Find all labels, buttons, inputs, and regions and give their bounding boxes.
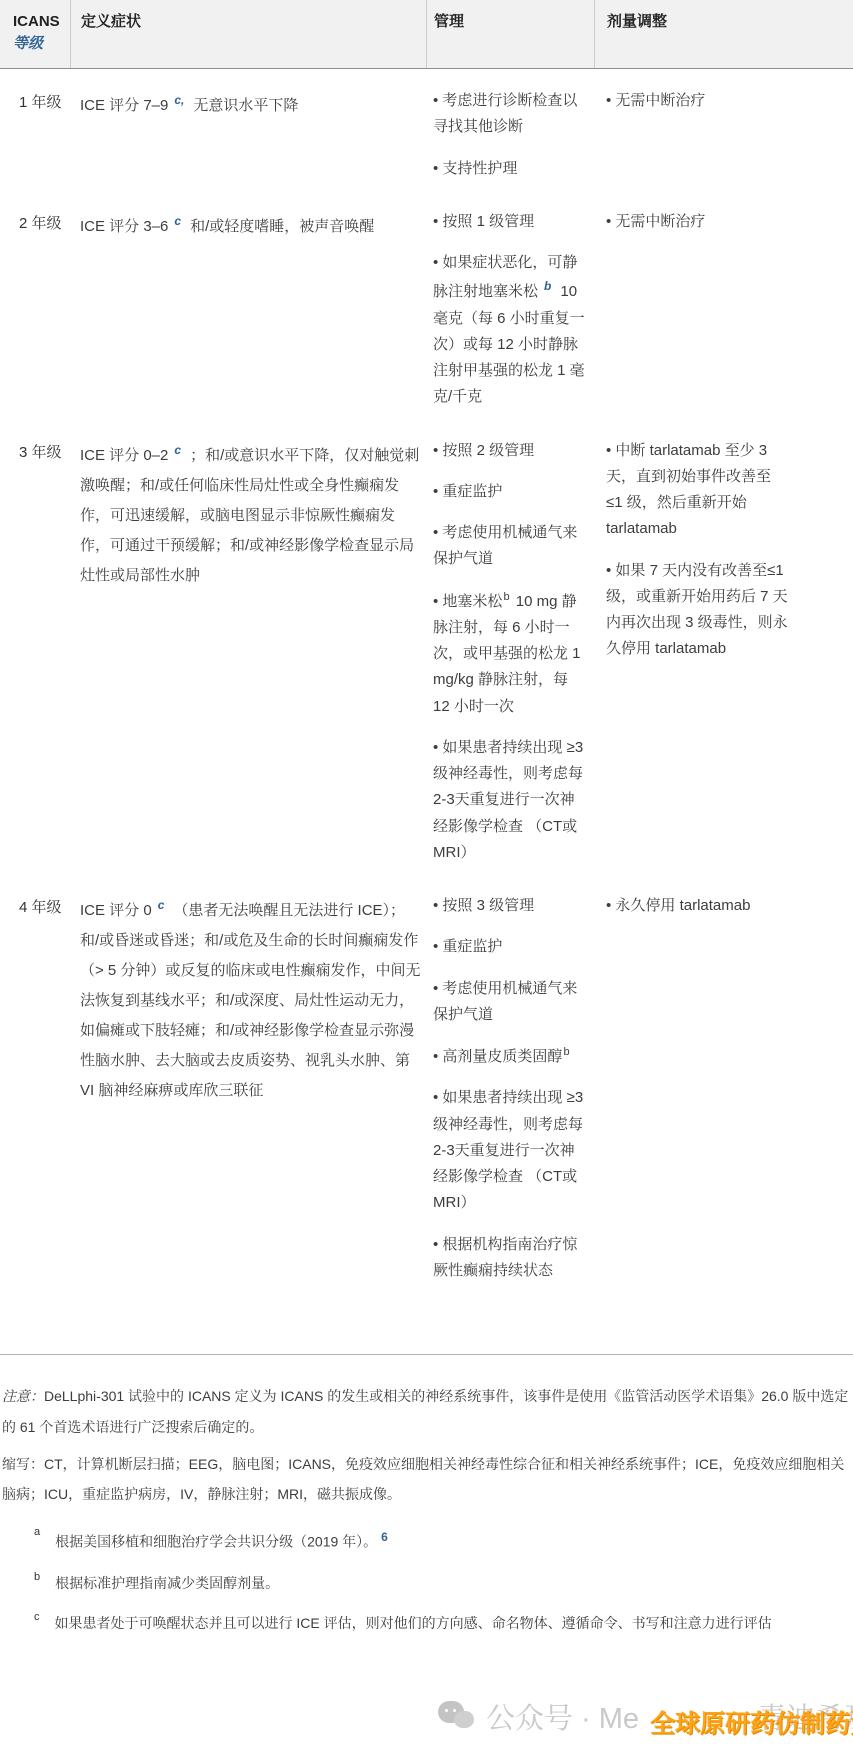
management-bullet: • 地塞米松b 10 mg 静脉注射，每 6 小时一次，或甲基强的松龙 1 mg… bbox=[433, 588, 587, 720]
footnote-marker: b bbox=[34, 1568, 40, 1592]
management-cell: • 按照 3 级管理• 重症监护• 考虑使用机械通气来保护气道• 高剂量皮质类固… bbox=[426, 893, 594, 1284]
footnotes-section: a根据美国移植和细胞治疗学会共识分级（2019 年）。6b根据标准护理指南减少类… bbox=[0, 1527, 853, 1636]
table-body: 1 年级ICE 评分 7–9c,无意识水平下降• 考虑进行诊断检查以寻找其他诊断… bbox=[0, 69, 853, 1284]
footnote-ref-sup: b bbox=[563, 1046, 569, 1058]
footnote-ref-sup: c bbox=[158, 898, 165, 912]
management-bullet: • 高剂量皮质类固醇b bbox=[433, 1043, 587, 1070]
watermark-gray-row: 公众号 · Me 青迪希那 bbox=[438, 1696, 853, 1737]
footnote-ref-sup: c bbox=[174, 214, 181, 228]
grade-cell: 1 年级 bbox=[0, 88, 70, 182]
table-row: 1 年级ICE 评分 7–9c,无意识水平下降• 考虑进行诊断检查以寻找其他诊断… bbox=[0, 69, 853, 182]
dose-cell: • 无需中断治疗 bbox=[594, 209, 853, 411]
footnote-ref-sup: c bbox=[174, 443, 181, 457]
management-bullet: • 根据机构指南治疗惊厥性癫痫持续状态 bbox=[433, 1232, 587, 1285]
management-cell: • 按照 1 级管理• 如果症状恶化，可静脉注射地塞米松b10 毫克（每 6 小… bbox=[426, 209, 594, 411]
dose-bullet: • 中断 tarlatamab 至少 3 天，直到初始事件改善至 ≤1 级，然后… bbox=[606, 438, 789, 543]
wechat-icon bbox=[438, 1701, 474, 1733]
icans-grading-page: ICANS 等级 定义症状 管理 剂量调整 1 年级ICE 评分 7–9c,无意… bbox=[0, 0, 853, 1752]
footnote-text: 如果患者处于可唤醒状态并且可以进行 ICE 评估，则对他们的方向感、命名物体、遵… bbox=[55, 1612, 853, 1636]
management-bullet: • 按照 3 级管理 bbox=[433, 893, 587, 919]
symptoms-cell: ICE 评分 3–6c和/或轻度嗜睡，被声音唤醒 bbox=[70, 209, 426, 411]
icans-grading-table: ICANS 等级 定义症状 管理 剂量调整 1 年级ICE 评分 7–9c,无意… bbox=[0, 0, 853, 1284]
symptoms-cell: ICE 评分 0c（患者无法唤醒且无法进行 ICE）；和/或昏迷或昏迷；和/或危… bbox=[70, 893, 426, 1284]
abbreviations-line: 缩写：CT，计算机断层扫描；EEG，脑电图；ICANS，免疫效应细胞相关神经毒性… bbox=[2, 1449, 849, 1511]
header-grade-label: 等级 bbox=[13, 33, 62, 55]
dose-cell: • 永久停用 tarlatamab bbox=[594, 893, 853, 1284]
management-bullet: • 按照 2 级管理 bbox=[433, 438, 587, 464]
header-management: 管理 bbox=[426, 0, 594, 68]
note-line: 注意：DeLLphi-301 试验中的 ICANS 定义为 ICANS 的发生或… bbox=[2, 1381, 849, 1443]
management-cell: • 考虑进行诊断检查以寻找其他诊断• 支持性护理 bbox=[426, 88, 594, 182]
grade-cell: 2 年级 bbox=[0, 209, 70, 411]
management-bullet: • 重症监护 bbox=[433, 479, 587, 505]
table-header-row: ICANS 等级 定义症状 管理 剂量调整 bbox=[0, 0, 853, 69]
table-row: 3 年级ICE 评分 0–2c；和/或意识水平下降，仅对触觉刺激唤醒；和/或任何… bbox=[0, 411, 853, 867]
citation-ref: 6 bbox=[381, 1530, 388, 1544]
table-row: 4 年级ICE 评分 0c（患者无法唤醒且无法进行 ICE）；和/或昏迷或昏迷；… bbox=[0, 866, 853, 1284]
footnote-text: 根据美国移植和细胞治疗学会共识分级（2019 年）。6 bbox=[55, 1527, 853, 1554]
table-row: 2 年级ICE 评分 3–6c和/或轻度嗜睡，被声音唤醒• 按照 1 级管理• … bbox=[0, 182, 853, 411]
grade-cell: 4 年级 bbox=[0, 893, 70, 1284]
dose-cell: • 中断 tarlatamab 至少 3 天，直到初始事件改善至 ≤1 级，然后… bbox=[594, 438, 853, 867]
management-bullet: • 考虑使用机械通气来保护气道 bbox=[433, 520, 587, 573]
note-text: DeLLphi-301 试验中的 ICANS 定义为 ICANS 的发生或相关的… bbox=[2, 1388, 848, 1435]
footnote-ref-sup: b bbox=[503, 591, 509, 603]
management-bullet: • 考虑使用机械通气来保护气道 bbox=[433, 976, 587, 1029]
header-dose-adjustment: 剂量调整 bbox=[594, 0, 853, 68]
management-bullet: • 按照 1 级管理 bbox=[433, 209, 587, 235]
footnote-line: c如果患者处于可唤醒状态并且可以进行 ICE 评估，则对他们的方向感、命名物体、… bbox=[0, 1612, 853, 1636]
footnote-line: a根据美国移植和细胞治疗学会共识分级（2019 年）。6 bbox=[0, 1527, 853, 1554]
management-bullet: • 如果患者持续出现 ≥3级神经毒性，则考虑每2-3天重复进行一次神经影像学检查… bbox=[433, 735, 587, 866]
dose-bullet: • 无需中断治疗 bbox=[606, 88, 789, 114]
management-cell: • 按照 2 级管理• 重症监护• 考虑使用机械通气来保护气道• 地塞米松b 1… bbox=[426, 438, 594, 867]
footnote-marker: a bbox=[34, 1523, 40, 1550]
watermark-gray-text-right: 青迪希那 bbox=[757, 1696, 853, 1737]
management-bullet: • 考虑进行诊断检查以寻找其他诊断 bbox=[433, 88, 587, 141]
footnote-marker: c bbox=[34, 1608, 40, 1632]
symptoms-cell: ICE 评分 0–2c；和/或意识水平下降，仅对触觉刺激唤醒；和/或任何临床性局… bbox=[70, 438, 426, 867]
management-bullet: • 如果患者持续出现 ≥3级神经毒性，则考虑每2-3天重复进行一次神经影像学检查… bbox=[433, 1085, 587, 1216]
grade-cell: 3 年级 bbox=[0, 438, 70, 867]
watermark: 公众号 · Me 青迪希那 全球原研药仿制药资讯 bbox=[438, 1688, 853, 1750]
management-bullet: • 支持性护理 bbox=[433, 156, 587, 182]
footnote-line: b根据标准护理指南减少类固醇剂量。 bbox=[0, 1572, 853, 1596]
header-icans-label: ICANS bbox=[13, 13, 60, 30]
note-label: 注意： bbox=[2, 1388, 44, 1404]
symptoms-cell: ICE 评分 7–9c,无意识水平下降 bbox=[70, 88, 426, 182]
dose-cell: • 无需中断治疗 bbox=[594, 88, 853, 182]
header-defining-symptoms: 定义症状 bbox=[70, 0, 426, 68]
watermark-orange-text: 全球原研药仿制药资讯 bbox=[650, 1704, 853, 1740]
footnote-ref-sup: b bbox=[544, 279, 551, 293]
footnote-text: 根据标准护理指南减少类固醇剂量。 bbox=[55, 1572, 853, 1596]
dose-bullet: • 无需中断治疗 bbox=[606, 209, 789, 235]
management-bullet: • 如果症状恶化，可静脉注射地塞米松b10 毫克（每 6 小时重复一次）或每 1… bbox=[433, 250, 587, 411]
footnote-ref-sup: c, bbox=[174, 93, 184, 107]
notes-section: 注意：DeLLphi-301 试验中的 ICANS 定义为 ICANS 的发生或… bbox=[0, 1355, 853, 1510]
watermark-gray-text-left: 公众号 · Me bbox=[486, 1696, 639, 1737]
dose-bullet: • 永久停用 tarlatamab bbox=[606, 893, 789, 919]
header-icans-grade: ICANS 等级 bbox=[0, 0, 70, 68]
dose-bullet: • 如果 7 天内没有改善至≤1 级，或重新开始用药后 7 天内再次出现 3 级… bbox=[606, 558, 789, 663]
management-bullet: • 重症监护 bbox=[433, 934, 587, 960]
